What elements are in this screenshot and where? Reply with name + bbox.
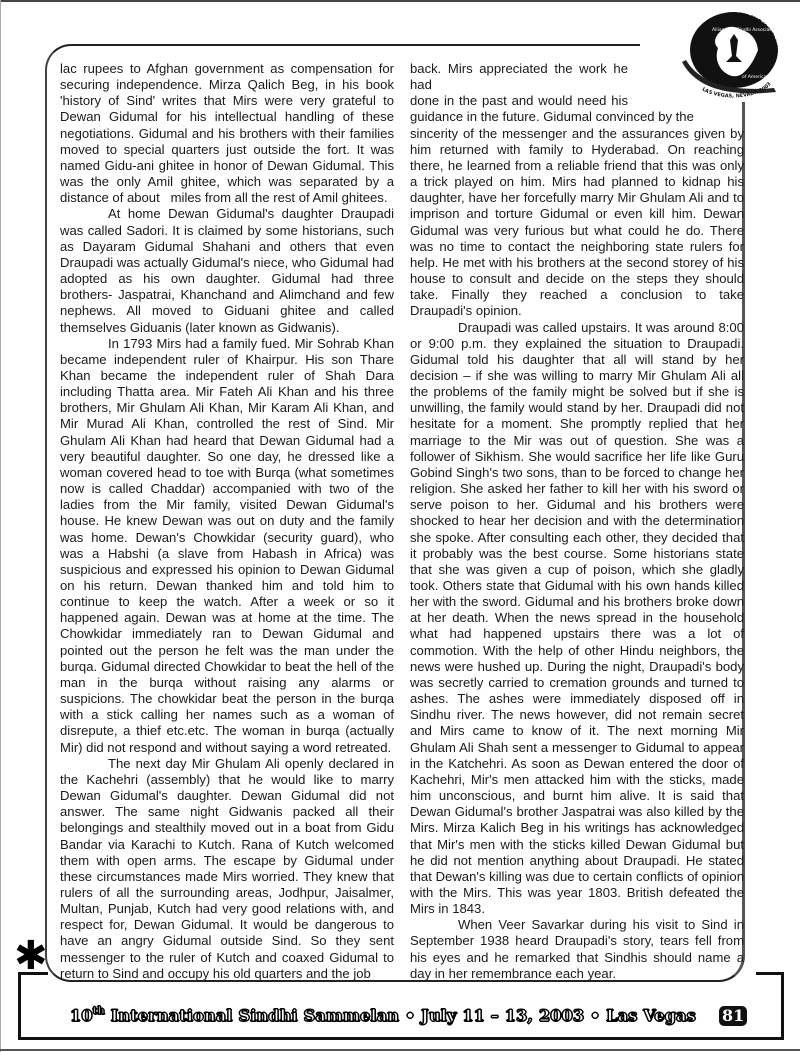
paragraph: Draupadi was called upstairs. It was aro… [410, 320, 744, 918]
wrap-line: done in the past and would need his [410, 93, 628, 109]
wrap-line: back. Mirs appreciated the work he had [410, 61, 628, 93]
paragraph: At home Dewan Gidumal's daughter Draupad… [60, 206, 394, 335]
svg-text:Alliance of Sindhi Association: Alliance of Sindhi Associations [712, 27, 781, 33]
article-right-column: back. Mirs appreciated the work he had d… [410, 61, 744, 982]
paragraph: The next day Mir Ghulam Ali openly decla… [60, 756, 394, 982]
article-left-column: lac rupees to Afghan government as compe… [60, 61, 394, 982]
page-number: 81 [719, 1006, 747, 1026]
footer-event-title: 10th International Sindhi Sammelan • Jul… [70, 1006, 696, 1025]
paragraph: In 1793 Mirs had a family fued. Mir Sohr… [60, 336, 394, 756]
asterisk-ornament-icon: ✱ [14, 936, 48, 976]
footer-ordinal-suffix: th [93, 1006, 105, 1017]
footer-title-text: International Sindhi Sammelan • July 11 … [105, 1006, 696, 1025]
footer-box-edge [756, 972, 784, 975]
top-rule [0, 0, 800, 2]
footer-ordinal: 10 [70, 1006, 93, 1025]
bottom-rule [0, 1049, 800, 1051]
footer-box-edge [18, 972, 48, 975]
paragraph: sincerity of the messenger and the assur… [410, 126, 744, 320]
wrap-line: guidance in the future. Gidumal convince… [410, 109, 706, 125]
paragraph: lac rupees to Afghan government as compe… [60, 61, 394, 206]
svg-text:of America, Inc.: of America, Inc. [742, 74, 777, 80]
left-edge-rule [0, 0, 1, 1052]
